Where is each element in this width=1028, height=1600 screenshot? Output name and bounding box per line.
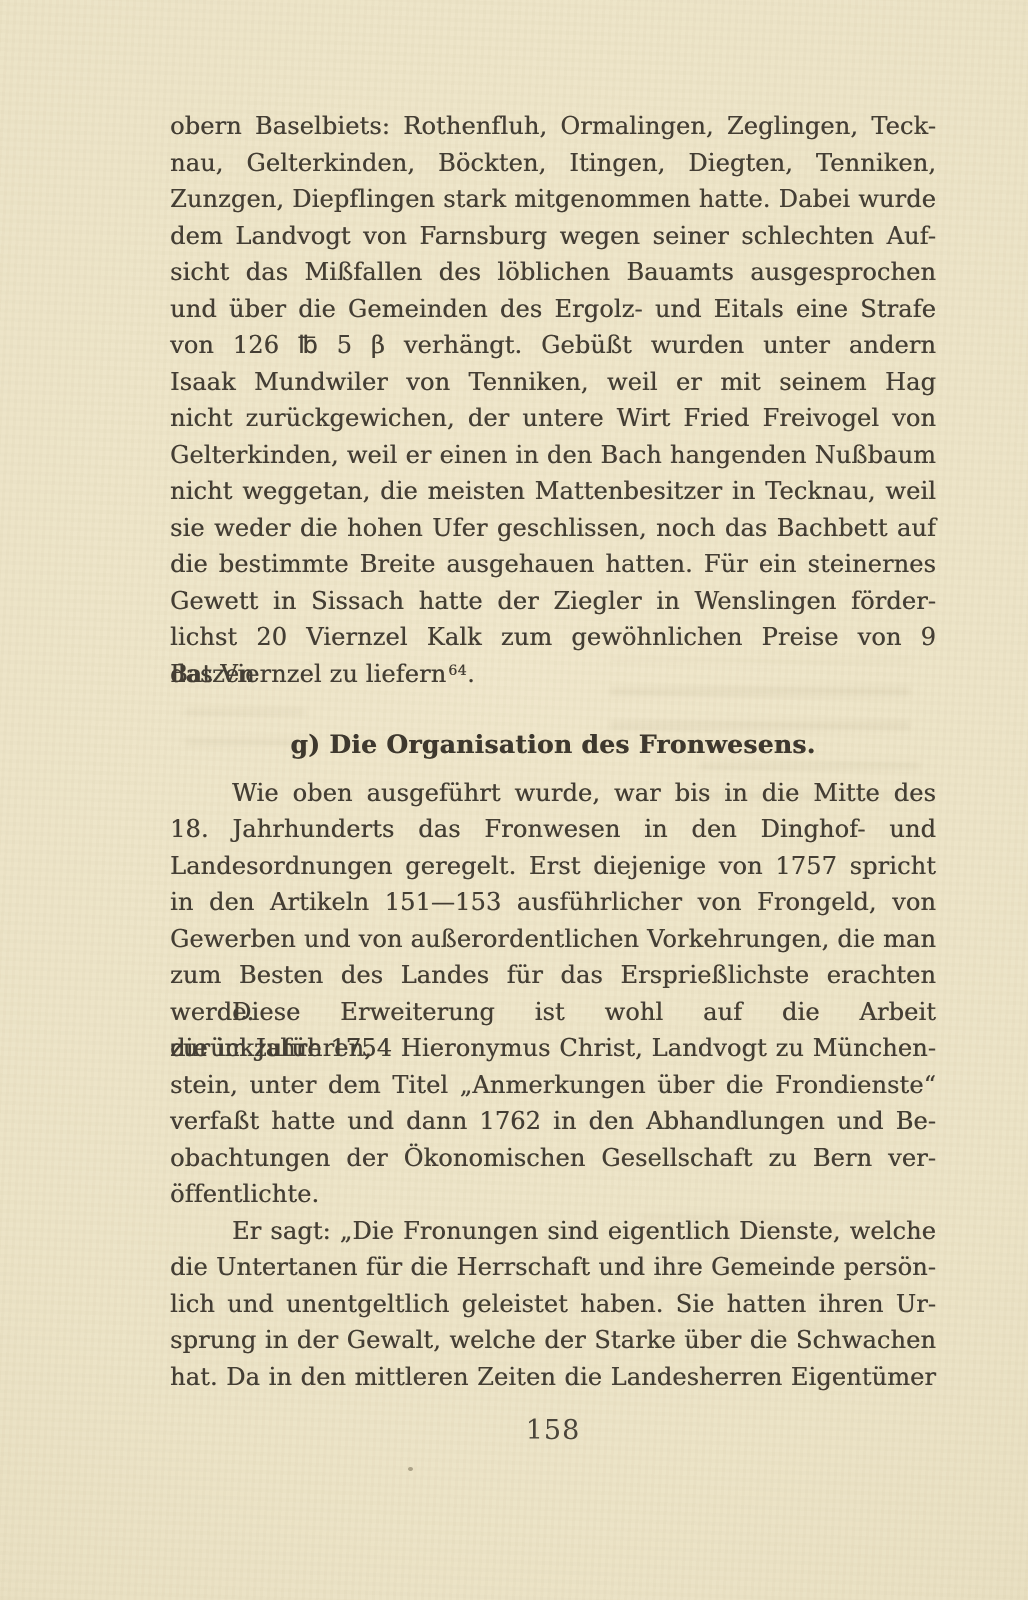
text-line: die Untertanen für die Herrschaft und ih… <box>170 1249 936 1286</box>
text-line: stein, unter dem Titel „Anmerkungen über… <box>170 1067 936 1104</box>
text-line: Gewerben und von außerordentlichen Vorke… <box>170 921 936 958</box>
text-line: öffentlichte. <box>170 1176 936 1213</box>
text-line: zum Besten des Landes für das Ersprießli… <box>170 957 936 994</box>
section-heading: g) Die Organisation des Fronwesens. <box>170 727 936 764</box>
text-line: Wie oben ausgeführt wurde, war bis in di… <box>170 775 936 812</box>
text-line: obachtungen der Ökonomischen Gesellschaf… <box>170 1140 936 1177</box>
text-line: die bestimmte Breite ausgehauen hatten. … <box>170 546 936 583</box>
text-line: die im Jahre 1754 Hieronymus Christ, Lan… <box>170 1030 936 1067</box>
text-line: dem Landvogt von Farnsburg wegen seiner … <box>170 218 936 255</box>
text-line: sicht das Mißfallen des löblichen Bauamt… <box>170 254 936 291</box>
text-line: nicht zurückgewichen, der untere Wirt Fr… <box>170 400 936 437</box>
text-line: Zunzgen, Diepflingen stark mitgenommen h… <box>170 181 936 218</box>
text-line: lich und unentgeltlich geleistet haben. … <box>170 1286 936 1323</box>
text-run: . <box>467 660 475 688</box>
text-line: in den Artikeln 151—153 ausführlicher vo… <box>170 884 936 921</box>
text-line: von 126 ℔ 5 β verhängt. Gebüßt wurden un… <box>170 327 936 364</box>
text-line: Gewett in Sissach hatte der Ziegler in W… <box>170 583 936 620</box>
text-line: nau, Gelterkinden, Böckten, Itingen, Die… <box>170 145 936 182</box>
text-line: Diese Erweiterung ist wohl auf die Arbei… <box>170 994 936 1031</box>
text-line: 18. Jahrhunderts das Fronwesen in den Di… <box>170 811 936 848</box>
text-line: verfaßt hatte und dann 1762 in den Abhan… <box>170 1103 936 1140</box>
paragraph: Diese Erweiterung ist wohl auf die Arbei… <box>170 994 936 1213</box>
text-line: nicht weggetan, die meisten Mattenbesitz… <box>170 473 936 510</box>
text-line: Isaak Mundwiler von Tenniken, weil er mi… <box>170 364 936 401</box>
text-line: lichst 20 Viernzel Kalk zum gewöhnlichen… <box>170 619 936 656</box>
footnote-marker: 64 <box>448 663 467 679</box>
text-block: obern Baselbiets: Rothenfluh, Ormalingen… <box>170 108 936 1395</box>
text-line: Er sagt: „Die Fronungen sind eigentlich … <box>170 1213 936 1250</box>
paragraph: obern Baselbiets: Rothenfluh, Ormalingen… <box>170 108 936 692</box>
text-line: sprung in der Gewalt, welche der Starke … <box>170 1322 936 1359</box>
paragraph: Wie oben ausgeführt wurde, war bis in di… <box>170 775 936 994</box>
text-line: das Viernzel zu liefern64. <box>170 656 936 693</box>
paragraph: Er sagt: „Die Fronungen sind eigentlich … <box>170 1213 936 1396</box>
text-line: obern Baselbiets: Rothenfluh, Ormalingen… <box>170 108 936 145</box>
text-line: Landesordnungen geregelt. Erst diejenige… <box>170 848 936 885</box>
text-line: und über die Gemeinden des Ergolz- und E… <box>170 291 936 328</box>
text-line: sie weder die hohen Ufer geschlissen, no… <box>170 510 936 547</box>
page-number: 158 <box>170 1415 936 1446</box>
text-line: hat. Da in den mittleren Zeiten die Land… <box>170 1359 936 1396</box>
text-run: das Viernzel zu liefern <box>170 660 446 688</box>
paper-speck <box>408 1467 413 1471</box>
text-line: Gelterkinden, weil er einen in den Bach … <box>170 437 936 474</box>
scanned-book-page: obern Baselbiets: Rothenfluh, Ormalingen… <box>0 0 1028 1600</box>
